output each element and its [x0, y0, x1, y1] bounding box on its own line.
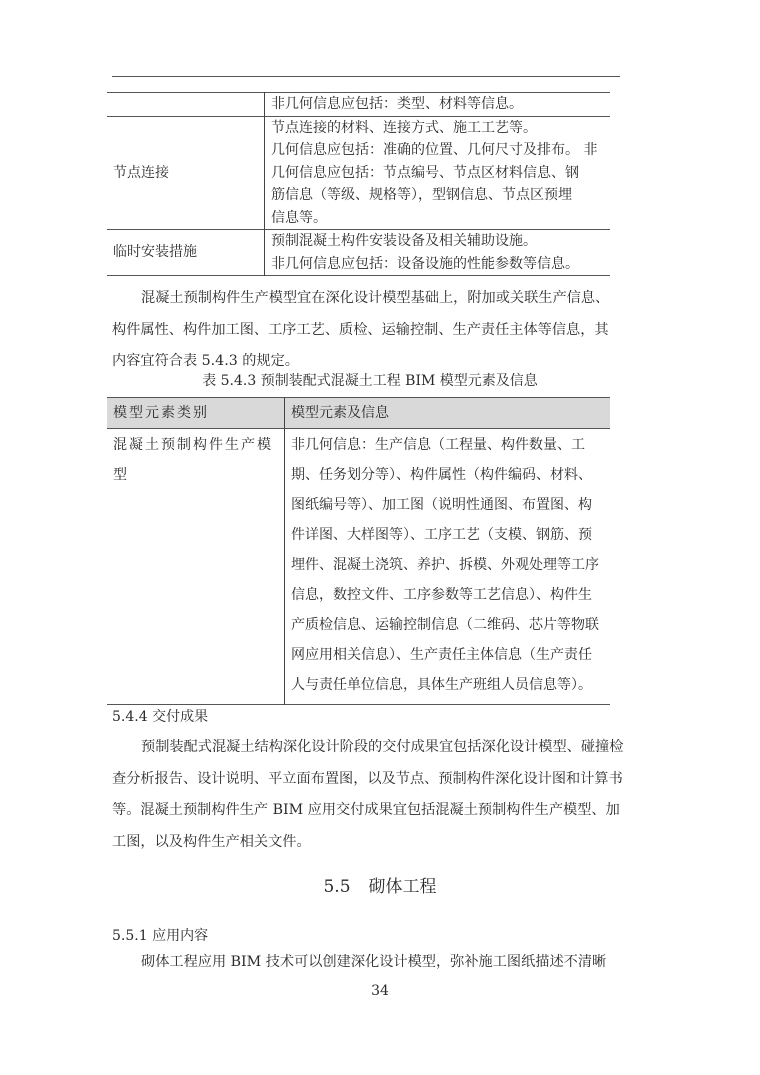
table-header-category: 模型元素类别: [107, 398, 285, 429]
heading-5-5-1: 5.5.1 应用内容: [112, 925, 208, 945]
cell-line: 几何信息应包括：节点编号、节点区材料信息、钢: [271, 162, 604, 185]
cell-line: 预制混凝土构件安装设备及相关辅助设施。: [271, 230, 604, 253]
cell-line: 非几何信息应包括：设备设施的性能参数等信息。: [271, 253, 604, 276]
table-cell-content: 节点连接的材料、连接方式、施工工艺等。 几何信息应包括：准确的位置、几何尺寸及排…: [265, 116, 611, 230]
table-caption: 表 5.4.3 预制装配式混凝土工程 BIM 模型元素及信息: [110, 370, 630, 390]
table-cell-content: 非几何信息：生产信息（工程量、构件数量、工期、任务划分等）、构件属性（构件编码、…: [285, 429, 611, 705]
table-row: 临时安装措施 预制混凝土构件安装设备及相关辅助设施。 非几何信息应包括：设备设施…: [107, 230, 610, 276]
paragraph-deliverables: 预制装配式混凝土结构深化设计阶段的交付成果宜包括深化设计模型、碰撞检查分析报告、…: [112, 732, 624, 858]
table-cell-category: 混凝土预制构件生产模型: [107, 429, 285, 705]
table-header-row: 模型元素类别 模型元素及信息: [107, 398, 610, 429]
cell-line: 非几何信息应包括：类型、材料等信息。: [271, 93, 604, 116]
table-row: 节点连接 节点连接的材料、连接方式、施工工艺等。 几何信息应包括：准确的位置、几…: [107, 116, 610, 230]
cell-line: 节点连接的材料、连接方式、施工工艺等。: [271, 117, 604, 140]
table-cell-category: 节点连接: [107, 116, 265, 230]
section-title: 砌体工程: [369, 877, 437, 897]
cell-line: 筋信息（等级、规格等），型钢信息、节点区预埋: [271, 184, 604, 207]
paragraph-production-model: 混凝土预制构件生产模型宜在深化设计模型基础上，附加或关联生产信息、构件属性、构件…: [112, 283, 622, 378]
page-number: 34: [0, 983, 760, 999]
table-row: 混凝土预制构件生产模型 非几何信息：生产信息（工程量、构件数量、工期、任务划分等…: [107, 429, 610, 705]
table-row: 非几何信息应包括：类型、材料等信息。: [107, 93, 610, 117]
section-number: 5.5: [323, 877, 350, 897]
section-heading-5-5: 5.5砌体工程: [0, 872, 760, 897]
paragraph-masonry: 砌体工程应用 BIM 技术可以创建深化设计模型，弥补施工图纸描述不清晰: [112, 947, 632, 979]
header-rule: [112, 76, 620, 77]
table-cell-category: 临时安装措施: [107, 230, 265, 276]
cell-line: 几何信息应包括：准确的位置、几何尺寸及排布。 非: [271, 139, 604, 162]
table-header-content: 模型元素及信息: [285, 398, 611, 429]
continued-table: 非几何信息应包括：类型、材料等信息。 节点连接 节点连接的材料、连接方式、施工工…: [107, 92, 610, 276]
cell-line: 信息等。: [271, 207, 604, 230]
table-5-4-3: 模型元素类别 模型元素及信息 混凝土预制构件生产模型 非几何信息：生产信息（工程…: [107, 397, 610, 705]
table-cell-category: [107, 93, 265, 117]
table-cell-content: 预制混凝土构件安装设备及相关辅助设施。 非几何信息应包括：设备设施的性能参数等信…: [265, 230, 611, 276]
heading-5-4-4: 5.4.4 交付成果: [112, 706, 208, 726]
table-cell-content: 非几何信息应包括：类型、材料等信息。: [265, 93, 611, 117]
